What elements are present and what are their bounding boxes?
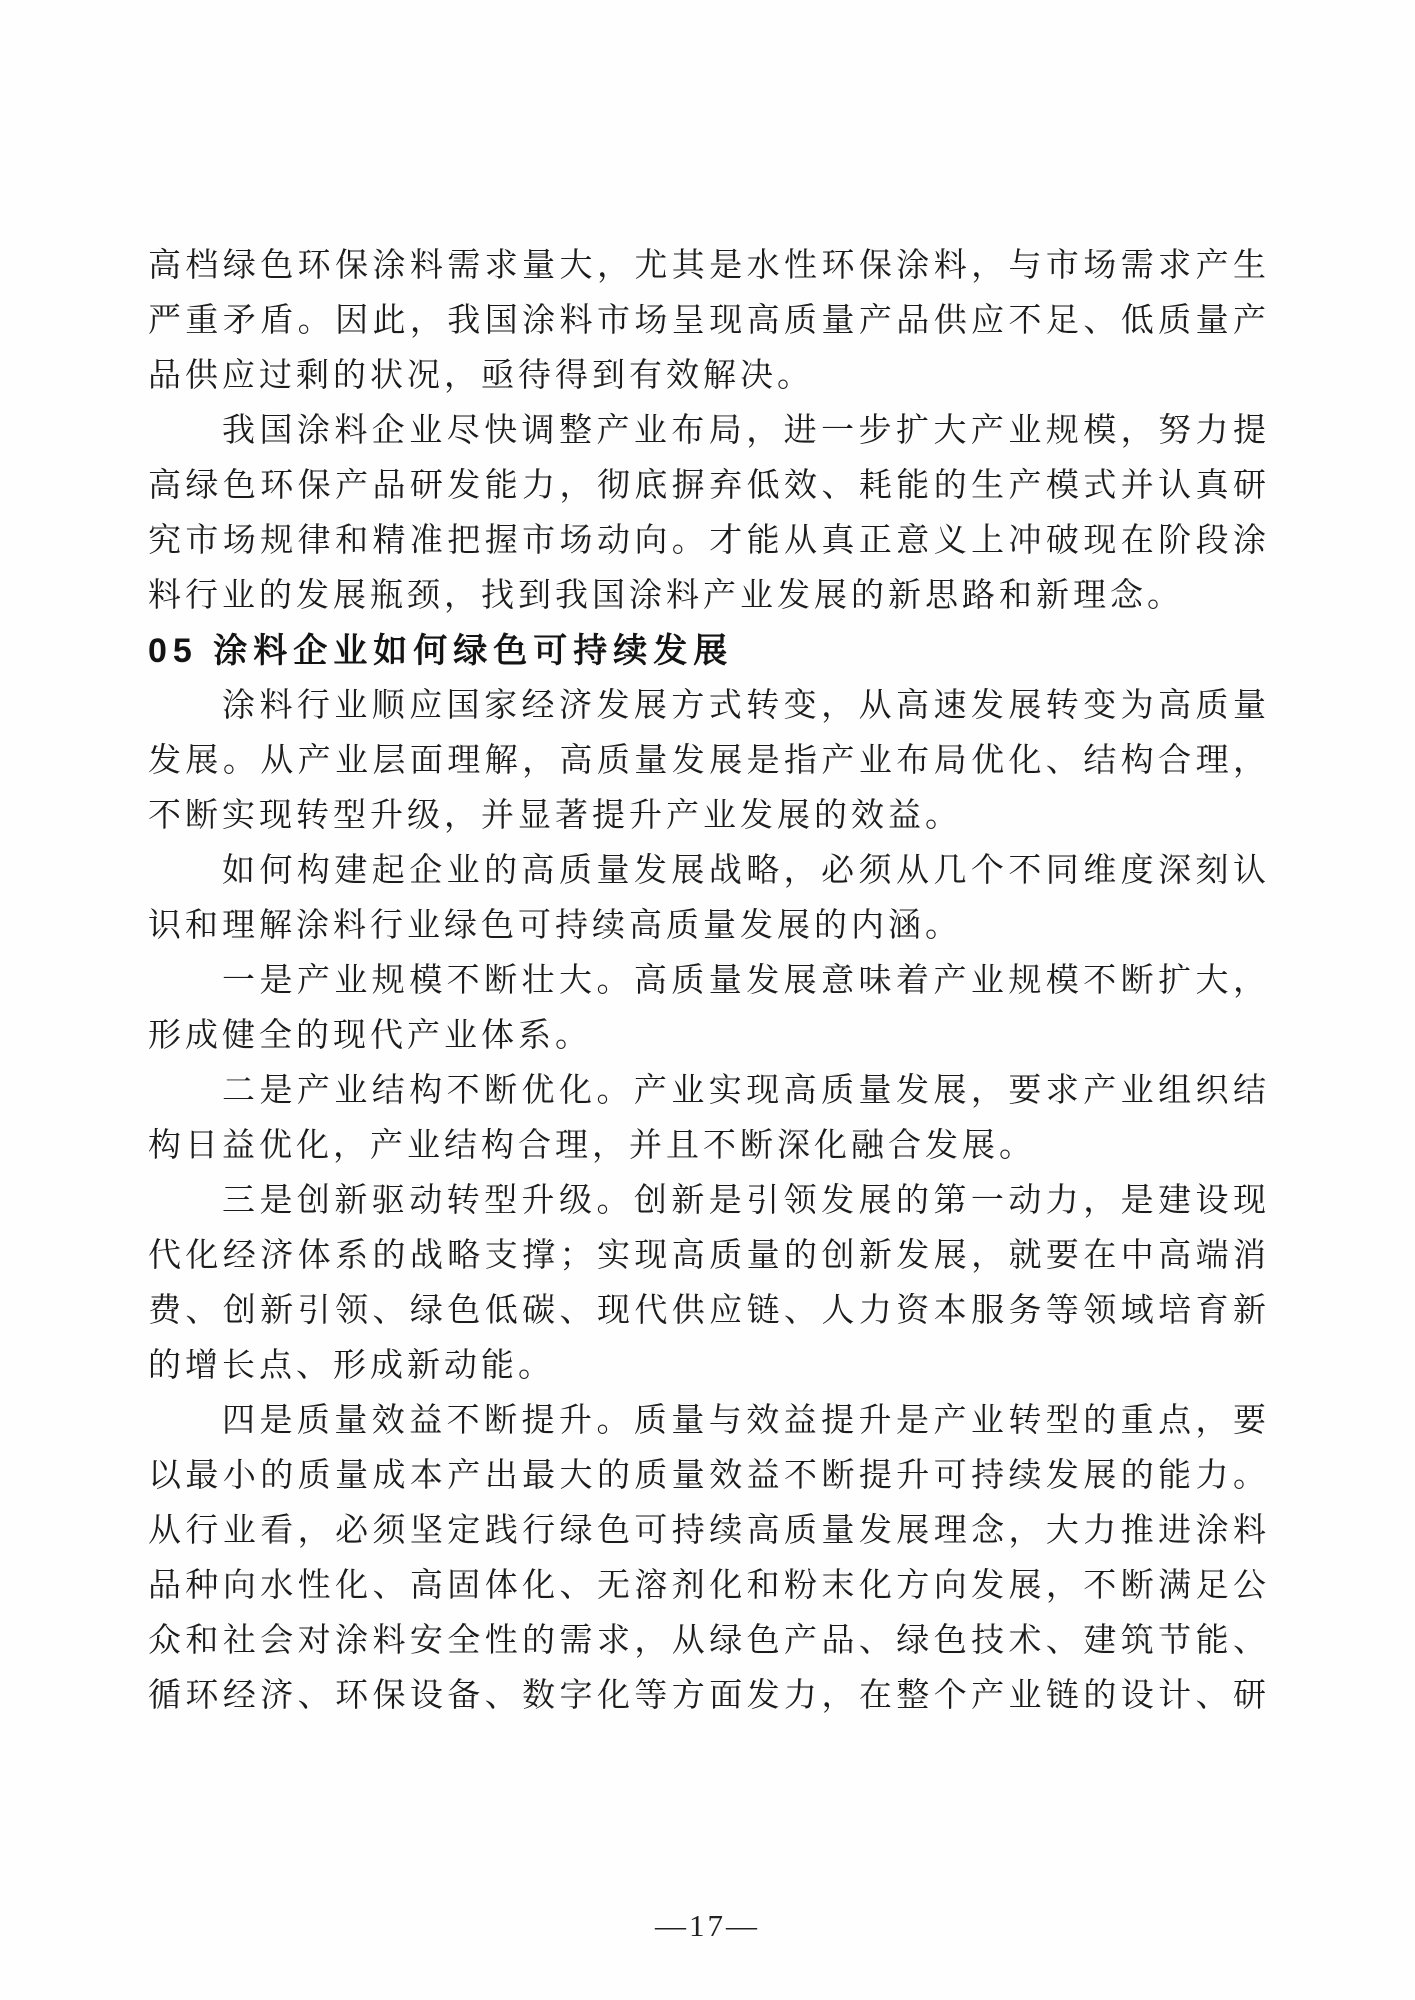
text-block: 高档绿色环保涂料需求量大，尤其是水性环保涂料，与市场需求产生 严重矛盾。因此，我… xyxy=(148,239,1270,1724)
paragraph-line: 高绿色环保产品研发能力，彻底摒弃低效、耗能的生产模式并认真研 xyxy=(148,459,1270,514)
paragraph-4: 如何构建起企业的高质量发展战略，必须从几个不同维度深刻认 识和理解涂料行业绿色可… xyxy=(148,844,1270,954)
paragraph-line: 二是产业结构不断优化。产业实现高质量发展，要求产业组织结 xyxy=(148,1064,1270,1119)
page-number: —17— xyxy=(0,1908,1415,1944)
paragraph-1: 高档绿色环保涂料需求量大，尤其是水性环保涂料，与市场需求产生 严重矛盾。因此，我… xyxy=(148,239,1270,404)
section-heading: 05 涂料企业如何绿色可持续发展 xyxy=(148,624,1270,679)
paragraph-5: 一是产业规模不断壮大。高质量发展意味着产业规模不断扩大， 形成健全的现代产业体系… xyxy=(148,954,1270,1064)
paragraph-line: 构日益优化，产业结构合理，并且不断深化融合发展。 xyxy=(148,1119,1270,1174)
paragraph-line: 严重矛盾。因此，我国涂料市场呈现高质量产品供应不足、低质量产 xyxy=(148,294,1270,349)
paragraph-line: 如何构建起企业的高质量发展战略，必须从几个不同维度深刻认 xyxy=(148,844,1270,899)
paragraph-7: 三是创新驱动转型升级。创新是引领发展的第一动力，是建设现 代化经济体系的战略支撑… xyxy=(148,1174,1270,1394)
document-page: 高档绿色环保涂料需求量大，尤其是水性环保涂料，与市场需求产生 严重矛盾。因此，我… xyxy=(0,0,1415,2000)
paragraph-line: 费、创新引领、绿色低碳、现代供应链、人力资本服务等领域培育新 xyxy=(148,1284,1270,1339)
paragraph-line: 高档绿色环保涂料需求量大，尤其是水性环保涂料，与市场需求产生 xyxy=(148,239,1270,294)
paragraph-2: 我国涂料企业尽快调整产业布局，进一步扩大产业规模，努力提 高绿色环保产品研发能力… xyxy=(148,404,1270,624)
paragraph-line: 从行业看，必须坚定践行绿色可持续高质量发展理念，大力推进涂料 xyxy=(148,1504,1270,1559)
paragraph-line: 品供应过剩的状况，亟待得到有效解决。 xyxy=(148,349,1270,404)
paragraph-8: 四是质量效益不断提升。质量与效益提升是产业转型的重点，要 以最小的质量成本产出最… xyxy=(148,1394,1270,1724)
paragraph-line: 涂料行业顺应国家经济发展方式转变，从高速发展转变为高质量 xyxy=(148,679,1270,734)
paragraph-line: 不断实现转型升级，并显著提升产业发展的效益。 xyxy=(148,789,1270,844)
paragraph-line: 一是产业规模不断壮大。高质量发展意味着产业规模不断扩大， xyxy=(148,954,1270,1009)
paragraph-line: 的增长点、形成新动能。 xyxy=(148,1339,1270,1394)
paragraph-3: 涂料行业顺应国家经济发展方式转变，从高速发展转变为高质量 发展。从产业层面理解，… xyxy=(148,679,1270,844)
paragraph-line: 三是创新驱动转型升级。创新是引领发展的第一动力，是建设现 xyxy=(148,1174,1270,1229)
paragraph-line: 形成健全的现代产业体系。 xyxy=(148,1009,1270,1064)
paragraph-line: 发展。从产业层面理解，高质量发展是指产业布局优化、结构合理， xyxy=(148,734,1270,789)
paragraph-line: 品种向水性化、高固体化、无溶剂化和粉末化方向发展，不断满足公 xyxy=(148,1559,1270,1614)
paragraph-line: 料行业的发展瓶颈，找到我国涂料产业发展的新思路和新理念。 xyxy=(148,569,1270,624)
paragraph-6: 二是产业结构不断优化。产业实现高质量发展，要求产业组织结 构日益优化，产业结构合… xyxy=(148,1064,1270,1174)
paragraph-line: 我国涂料企业尽快调整产业布局，进一步扩大产业规模，努力提 xyxy=(148,404,1270,459)
paragraph-line: 众和社会对涂料安全性的需求，从绿色产品、绿色技术、建筑节能、 xyxy=(148,1614,1270,1669)
paragraph-line: 代化经济体系的战略支撑；实现高质量的创新发展，就要在中高端消 xyxy=(148,1229,1270,1284)
paragraph-line: 以最小的质量成本产出最大的质量效益不断提升可持续发展的能力。 xyxy=(148,1449,1270,1504)
paragraph-line: 究市场规律和精准把握市场动向。才能从真正意义上冲破现在阶段涂 xyxy=(148,514,1270,569)
paragraph-line: 识和理解涂料行业绿色可持续高质量发展的内涵。 xyxy=(148,899,1270,954)
paragraph-line: 四是质量效益不断提升。质量与效益提升是产业转型的重点，要 xyxy=(148,1394,1270,1449)
paragraph-line: 循环经济、环保设备、数字化等方面发力，在整个产业链的设计、研 xyxy=(148,1669,1270,1724)
